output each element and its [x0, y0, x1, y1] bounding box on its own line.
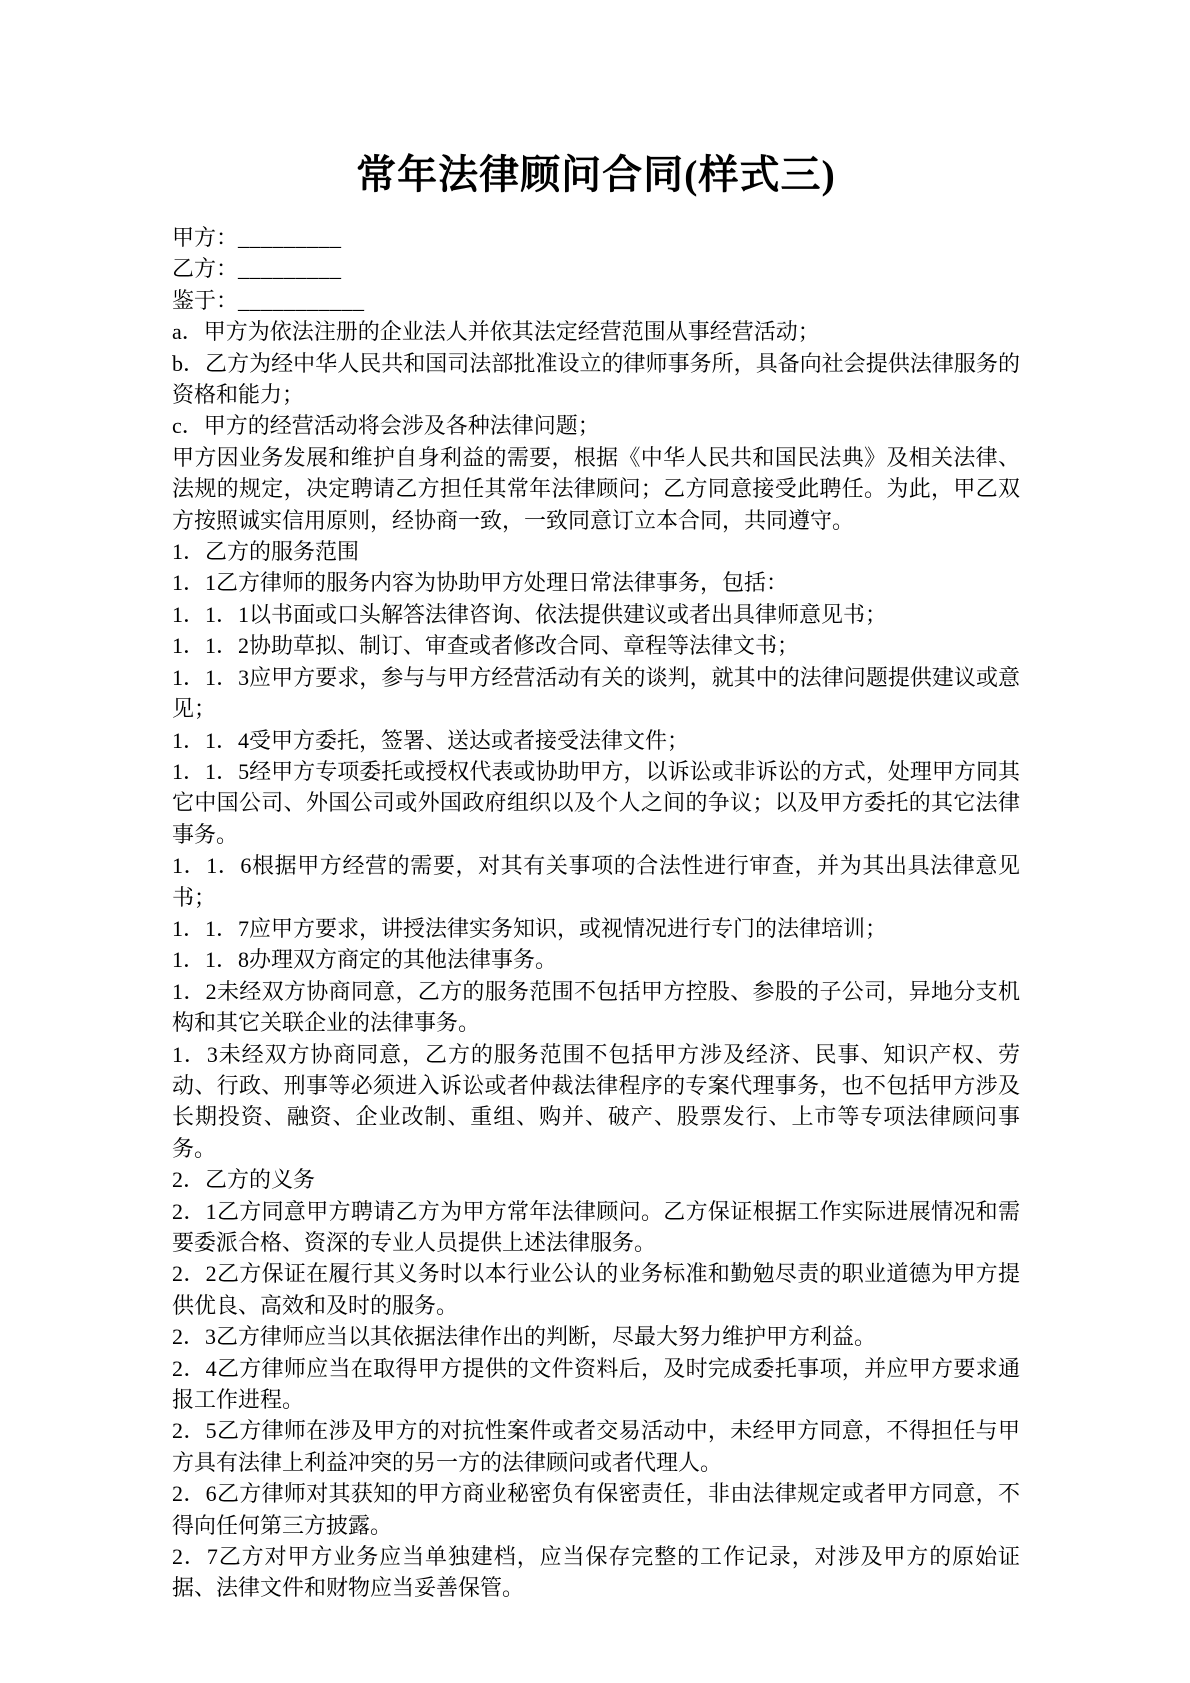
clause-2-6: 2．6乙方律师对其获知的甲方商业秘密负有保密责任，非由法律规定或者甲方同意，不得… [172, 1478, 1020, 1541]
whereas-line: 鉴于：___________ [172, 285, 1020, 316]
clause-2-1: 2．1乙方同意甲方聘请乙方为甲方常年法律顾问。乙方保证根据工作实际进展情况和需要… [172, 1196, 1020, 1259]
clause-1-3: 1．3未经双方协商同意，乙方的服务范围不包括甲方涉及经济、民事、知识产权、劳动、… [172, 1039, 1020, 1165]
clause-1-1: 1．1乙方律师的服务内容为协助甲方处理日常法律事务，包括： [172, 567, 1020, 598]
document-title: 常年法律顾问合同(样式三) [172, 148, 1020, 202]
clause-1-1-2: 1．1．2协助草拟、制订、审查或者修改合同、章程等法律文书； [172, 630, 1020, 661]
whereas-blank: ___________ [238, 288, 365, 313]
clause-1-title: 1．乙方的服务范围 [172, 536, 1020, 567]
clause-1-1-3: 1．1．3应甲方要求，参与与甲方经营活动有关的谈判，就其中的法律问题提供建议或意… [172, 662, 1020, 725]
clause-1-1-7: 1．1．7应甲方要求，讲授法律实务知识，或视情况进行专门的法律培训； [172, 913, 1020, 944]
recital-a: a．甲方为依法注册的企业法人并依其法定经营范围从事经营活动； [172, 316, 1020, 347]
party-b-line: 乙方：_________ [172, 253, 1020, 284]
recital-b: b．乙方为经中华人民共和国司法部批准设立的律师事务所，具备向社会提供法律服务的资… [172, 348, 1020, 411]
contract-page: 常年法律顾问合同(样式三) 甲方：_________ 乙方：_________ … [0, 0, 1190, 1683]
clause-2-5: 2．5乙方律师在涉及甲方的对抗性案件或者交易活动中，未经甲方同意，不得担任与甲方… [172, 1415, 1020, 1478]
clause-2-7: 2．7乙方对甲方业务应当单独建档，应当保存完整的工作记录，对涉及甲方的原始证据、… [172, 1541, 1020, 1604]
party-a-blank: _________ [238, 225, 342, 250]
clause-1-2: 1．2未经双方协商同意，乙方的服务范围不包括甲方控股、参股的子公司，异地分支机构… [172, 976, 1020, 1039]
clause-2-4: 2．4乙方律师应当在取得甲方提供的文件资料后，及时完成委托事项，并应甲方要求通报… [172, 1353, 1020, 1416]
clause-2-3: 2．3乙方律师应当以其依据法律作出的判断，尽最大努力维护甲方利益。 [172, 1321, 1020, 1352]
party-a-line: 甲方：_________ [172, 222, 1020, 253]
clause-2-title: 2．乙方的义务 [172, 1164, 1020, 1195]
clause-1-1-5: 1．1．5经甲方专项委托或授权代表或协助甲方，以诉讼或非诉讼的方式，处理甲方同其… [172, 756, 1020, 850]
party-a-label: 甲方： [172, 225, 238, 250]
recital-c: c．甲方的经营活动将会涉及各种法律问题； [172, 410, 1020, 441]
clause-1-1-4: 1．1．4受甲方委托，签署、送达或者接受法律文件； [172, 725, 1020, 756]
clause-1-1-1: 1．1．1以书面或口头解答法律咨询、依法提供建议或者出具律师意见书； [172, 599, 1020, 630]
party-b-label: 乙方： [172, 256, 238, 281]
clause-1-1-6: 1．1．6根据甲方经营的需要，对其有关事项的合法性进行审查，并为其出具法律意见书… [172, 850, 1020, 913]
party-b-blank: _________ [238, 256, 342, 281]
preamble: 甲方因业务发展和维护自身利益的需要，根据《中华人民共和国民法典》及相关法律、法规… [172, 442, 1020, 536]
clause-1-1-8: 1．1．8办理双方商定的其他法律事务。 [172, 944, 1020, 975]
whereas-label: 鉴于： [172, 288, 238, 313]
clause-2-2: 2．2乙方保证在履行其义务时以本行业公认的业务标准和勤勉尽责的职业道德为甲方提供… [172, 1258, 1020, 1321]
